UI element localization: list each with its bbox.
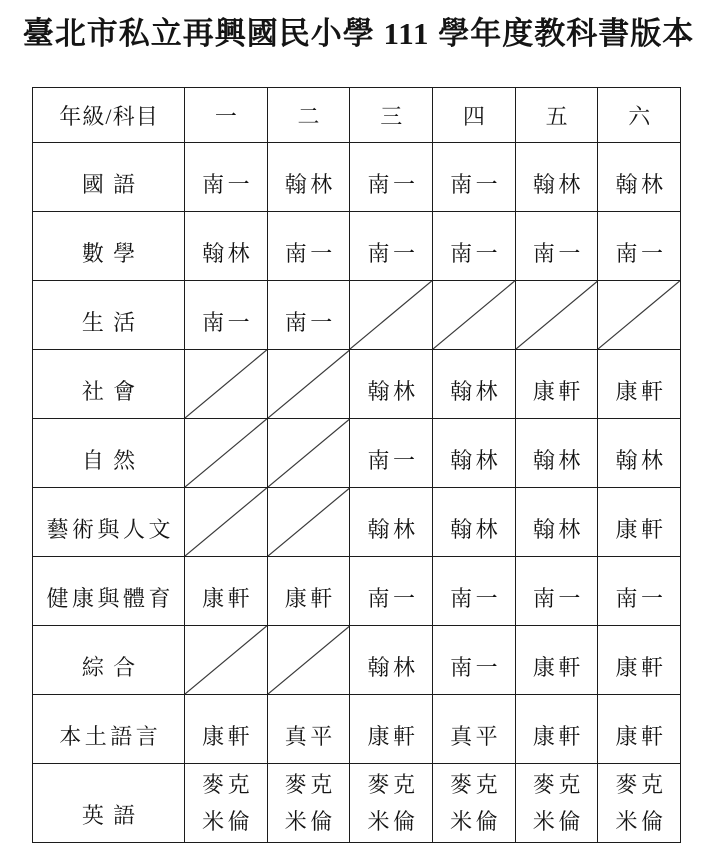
value-line: 米倫 bbox=[516, 803, 598, 840]
value-cell: 康軒 bbox=[515, 350, 598, 419]
diagonal-slash-icon bbox=[185, 419, 267, 487]
value-cell: 麥克米倫 bbox=[185, 764, 268, 843]
na-slash-cell bbox=[185, 626, 268, 695]
subject-cell: 本土語言 bbox=[33, 695, 185, 764]
cell-text: 南一 bbox=[367, 586, 418, 611]
value-cell: 翰林 bbox=[515, 419, 598, 488]
value-cell: 康軒 bbox=[515, 626, 598, 695]
subject-cell: 藝術與人文 bbox=[33, 488, 185, 557]
value-cell: 康軒 bbox=[185, 557, 268, 626]
cell-text: 麥克 bbox=[367, 772, 418, 797]
subject-cell: 健康與體育 bbox=[33, 557, 185, 626]
value-cell: 南一 bbox=[350, 212, 433, 281]
value-line: 麥克 bbox=[268, 766, 350, 803]
cell-text: 二 bbox=[298, 104, 324, 129]
cell-text: 南一 bbox=[450, 655, 501, 680]
subject-cell: 生活 bbox=[33, 281, 185, 350]
cell-text: 康軒 bbox=[533, 655, 584, 680]
diagonal-slash-icon bbox=[268, 626, 350, 694]
value-cell: 南一 bbox=[350, 557, 433, 626]
cell-text: 南一 bbox=[202, 172, 253, 197]
value-cell: 南一 bbox=[433, 557, 516, 626]
cell-text: 康軒 bbox=[616, 655, 667, 680]
cell-text: 麥克 bbox=[533, 772, 584, 797]
na-slash-cell bbox=[267, 626, 350, 695]
cell-text: 康軒 bbox=[285, 586, 336, 611]
subject-row-6: 藝術與人文翰林翰林翰林康軒 bbox=[33, 488, 681, 557]
cell-text: 康軒 bbox=[367, 724, 418, 749]
value-cell: 翰林 bbox=[350, 626, 433, 695]
cell-text: 藝術與人文 bbox=[46, 517, 174, 542]
subject-row-2: 數學翰林南一南一南一南一南一 bbox=[33, 212, 681, 281]
subject-row-1: 國語南一翰林南一南一翰林翰林 bbox=[33, 143, 681, 212]
subject-cell: 國語 bbox=[33, 143, 185, 212]
subject-cell: 社會 bbox=[33, 350, 185, 419]
cell-text: 康軒 bbox=[616, 724, 667, 749]
na-slash-cell bbox=[267, 419, 350, 488]
cell-text: 南一 bbox=[616, 586, 667, 611]
grade-header-cell-2: 二 bbox=[267, 88, 350, 143]
value-cell: 翰林 bbox=[515, 143, 598, 212]
cell-text: 本土語言 bbox=[59, 724, 161, 749]
cell-text: 麥克 bbox=[202, 772, 253, 797]
cell-text: 五 bbox=[546, 104, 572, 129]
cell-text: 南一 bbox=[367, 241, 418, 266]
value-cell: 南一 bbox=[267, 281, 350, 350]
value-cell: 南一 bbox=[350, 143, 433, 212]
cell-text: 南一 bbox=[367, 172, 418, 197]
value-cell: 翰林 bbox=[515, 488, 598, 557]
cell-text: 綜合 bbox=[82, 655, 144, 680]
value-cell: 翰林 bbox=[350, 350, 433, 419]
value-cell: 康軒 bbox=[598, 488, 681, 557]
cell-text: 康軒 bbox=[616, 379, 667, 404]
diagonal-slash-icon bbox=[185, 350, 267, 418]
na-slash-cell bbox=[267, 488, 350, 557]
value-line: 米倫 bbox=[185, 803, 267, 840]
cell-text: 翰林 bbox=[367, 655, 418, 680]
subject-row-10: 英語麥克米倫麥克米倫麥克米倫麥克米倫麥克米倫麥克米倫 bbox=[33, 764, 681, 843]
diagonal-slash-icon bbox=[268, 488, 350, 556]
header-row: 年級/科目一二三四五六 bbox=[33, 88, 681, 143]
value-line: 麥克 bbox=[516, 766, 598, 803]
value-cell: 翰林 bbox=[598, 143, 681, 212]
value-cell: 南一 bbox=[185, 143, 268, 212]
cell-text: 真平 bbox=[450, 724, 501, 749]
value-cell: 康軒 bbox=[598, 350, 681, 419]
cell-text: 翰林 bbox=[450, 517, 501, 542]
value-line: 麥克 bbox=[185, 766, 267, 803]
diagonal-slash-icon bbox=[350, 281, 432, 349]
diagonal-slash-icon bbox=[185, 626, 267, 694]
subject-cell: 英語 bbox=[33, 764, 185, 843]
cell-text: 翰林 bbox=[533, 448, 584, 473]
value-cell: 南一 bbox=[598, 557, 681, 626]
cell-text: 翰林 bbox=[616, 448, 667, 473]
value-cell: 翰林 bbox=[433, 488, 516, 557]
value-line: 米倫 bbox=[268, 803, 350, 840]
value-cell: 南一 bbox=[515, 557, 598, 626]
value-cell: 南一 bbox=[433, 143, 516, 212]
value-cell: 康軒 bbox=[267, 557, 350, 626]
value-cell: 南一 bbox=[267, 212, 350, 281]
cell-text: 三 bbox=[380, 104, 406, 129]
cell-text: 真平 bbox=[285, 724, 336, 749]
cell-text: 翰林 bbox=[533, 517, 584, 542]
subject-row-5: 自然南一翰林翰林翰林 bbox=[33, 419, 681, 488]
cell-text: 翰林 bbox=[285, 172, 336, 197]
cell-text: 麥克 bbox=[450, 772, 501, 797]
cell-text: 數學 bbox=[82, 241, 144, 266]
value-cell: 麥克米倫 bbox=[515, 764, 598, 843]
value-line: 米倫 bbox=[433, 803, 515, 840]
value-cell: 南一 bbox=[598, 212, 681, 281]
value-line: 麥克 bbox=[598, 766, 680, 803]
diagonal-slash-icon bbox=[433, 281, 515, 349]
subject-cell: 數學 bbox=[33, 212, 185, 281]
value-line: 米倫 bbox=[350, 803, 432, 840]
table-body: 國語南一翰林南一南一翰林翰林數學翰林南一南一南一南一南一生活南一南一社會翰林翰林… bbox=[33, 143, 681, 843]
cell-text: 米倫 bbox=[450, 809, 501, 834]
cell-text: 麥克 bbox=[616, 772, 667, 797]
cell-text: 翰林 bbox=[616, 172, 667, 197]
value-cell: 翰林 bbox=[433, 419, 516, 488]
value-cell: 麥克米倫 bbox=[267, 764, 350, 843]
cell-text: 米倫 bbox=[367, 809, 418, 834]
cell-text: 米倫 bbox=[616, 809, 667, 834]
diagonal-slash-icon bbox=[268, 419, 350, 487]
na-slash-cell bbox=[267, 350, 350, 419]
diagonal-slash-icon bbox=[598, 281, 680, 349]
cell-text: 米倫 bbox=[285, 809, 336, 834]
value-cell: 南一 bbox=[185, 281, 268, 350]
diagonal-slash-icon bbox=[268, 350, 350, 418]
grade-header-cell-1: 一 bbox=[185, 88, 268, 143]
value-cell: 翰林 bbox=[350, 488, 433, 557]
cell-text: 翰林 bbox=[533, 172, 584, 197]
grade-header-cell-5: 五 bbox=[515, 88, 598, 143]
value-cell: 麥克米倫 bbox=[350, 764, 433, 843]
cell-text: 米倫 bbox=[533, 809, 584, 834]
value-cell: 康軒 bbox=[515, 695, 598, 764]
cell-text: 南一 bbox=[285, 241, 336, 266]
cell-text: 翰林 bbox=[367, 379, 418, 404]
value-cell: 康軒 bbox=[598, 695, 681, 764]
cell-text: 麥克 bbox=[285, 772, 336, 797]
value-line: 麥克 bbox=[433, 766, 515, 803]
na-slash-cell bbox=[598, 281, 681, 350]
cell-text: 南一 bbox=[450, 241, 501, 266]
cell-text: 康軒 bbox=[533, 724, 584, 749]
grade-header-cell-4: 四 bbox=[433, 88, 516, 143]
subject-row-7: 健康與體育康軒康軒南一南一南一南一 bbox=[33, 557, 681, 626]
subject-row-9: 本土語言康軒真平康軒真平康軒康軒 bbox=[33, 695, 681, 764]
grade-header-cell-3: 三 bbox=[350, 88, 433, 143]
cell-text: 南一 bbox=[450, 586, 501, 611]
value-cell: 翰林 bbox=[598, 419, 681, 488]
grade-header-cell-6: 六 bbox=[598, 88, 681, 143]
na-slash-cell bbox=[185, 419, 268, 488]
value-cell: 翰林 bbox=[185, 212, 268, 281]
na-slash-cell bbox=[185, 350, 268, 419]
value-cell: 康軒 bbox=[350, 695, 433, 764]
corner-header-cell: 年級/科目 bbox=[33, 88, 185, 143]
diagonal-slash-icon bbox=[185, 488, 267, 556]
subject-cell: 綜合 bbox=[33, 626, 185, 695]
cell-text: 康軒 bbox=[202, 724, 253, 749]
cell-text: 南一 bbox=[533, 586, 584, 611]
subject-row-3: 生活南一南一 bbox=[33, 281, 681, 350]
cell-text: 健康與體育 bbox=[46, 586, 174, 611]
cell-text: 翰林 bbox=[202, 241, 253, 266]
value-cell: 康軒 bbox=[185, 695, 268, 764]
value-cell: 南一 bbox=[515, 212, 598, 281]
cell-text: 自然 bbox=[82, 448, 144, 473]
cell-text: 翰林 bbox=[450, 379, 501, 404]
cell-text: 國語 bbox=[82, 172, 144, 197]
subject-row-4: 社會翰林翰林康軒康軒 bbox=[33, 350, 681, 419]
cell-text: 南一 bbox=[367, 448, 418, 473]
diagonal-slash-icon bbox=[516, 281, 598, 349]
value-cell: 麥克米倫 bbox=[598, 764, 681, 843]
cell-text: 南一 bbox=[450, 172, 501, 197]
value-cell: 翰林 bbox=[267, 143, 350, 212]
cell-text: 社會 bbox=[82, 379, 144, 404]
na-slash-cell bbox=[515, 281, 598, 350]
textbook-version-table: 年級/科目一二三四五六 國語南一翰林南一南一翰林翰林數學翰林南一南一南一南一南一… bbox=[32, 87, 681, 843]
value-cell: 真平 bbox=[267, 695, 350, 764]
value-line: 麥克 bbox=[350, 766, 432, 803]
cell-text: 翰林 bbox=[367, 517, 418, 542]
value-cell: 南一 bbox=[350, 419, 433, 488]
cell-text: 一 bbox=[215, 104, 241, 129]
cell-text: 南一 bbox=[616, 241, 667, 266]
cell-text: 翰林 bbox=[450, 448, 501, 473]
value-cell: 康軒 bbox=[598, 626, 681, 695]
cell-text: 英語 bbox=[82, 803, 144, 828]
subject-row-8: 綜合翰林南一康軒康軒 bbox=[33, 626, 681, 695]
value-cell: 真平 bbox=[433, 695, 516, 764]
page-title: 臺北市私立再興國民小學 111 學年度教科書版本 bbox=[0, 12, 717, 56]
value-line: 米倫 bbox=[598, 803, 680, 840]
na-slash-cell bbox=[185, 488, 268, 557]
cell-text: 康軒 bbox=[202, 586, 253, 611]
cell-text: 南一 bbox=[285, 310, 336, 335]
cell-text: 康軒 bbox=[616, 517, 667, 542]
cell-text: 年級/科目 bbox=[59, 104, 159, 129]
na-slash-cell bbox=[433, 281, 516, 350]
value-cell: 麥克米倫 bbox=[433, 764, 516, 843]
cell-text: 南一 bbox=[533, 241, 584, 266]
cell-text: 南一 bbox=[202, 310, 253, 335]
subject-cell: 自然 bbox=[33, 419, 185, 488]
cell-text: 六 bbox=[628, 104, 654, 129]
na-slash-cell bbox=[350, 281, 433, 350]
cell-text: 康軒 bbox=[533, 379, 584, 404]
cell-text: 四 bbox=[463, 104, 489, 129]
value-cell: 翰林 bbox=[433, 350, 516, 419]
cell-text: 生活 bbox=[82, 310, 144, 335]
value-cell: 南一 bbox=[433, 212, 516, 281]
cell-text: 米倫 bbox=[202, 809, 253, 834]
value-cell: 南一 bbox=[433, 626, 516, 695]
